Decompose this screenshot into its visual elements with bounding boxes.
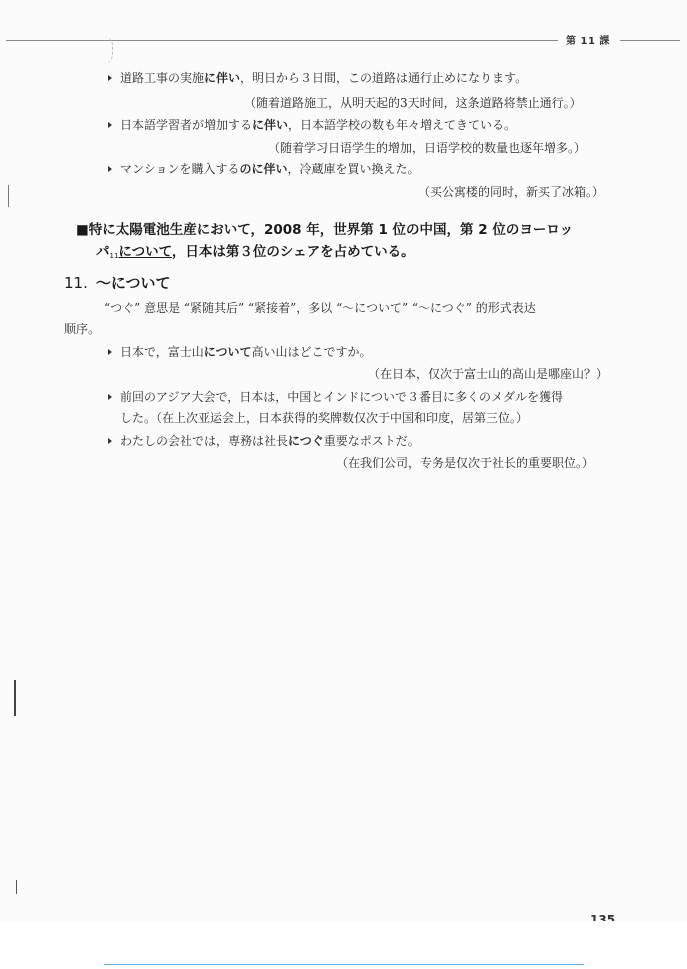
example-translation: （在日本，仅次于富士山的高山是哪座山？） — [368, 366, 608, 382]
bullet-icon — [108, 75, 112, 81]
scan-artifact — [14, 680, 16, 716]
example-translation: （随着学习日语学生的增加，日语学校的数量也逐年增多。） — [268, 140, 586, 156]
bullet-icon — [108, 349, 112, 355]
header-rule — [6, 40, 558, 41]
example-sentence: 道路工事の実施に伴い，明日から３日間，この道路は通行止めになります。 — [108, 70, 527, 86]
bullet-icon — [108, 394, 112, 400]
key-sentence-line1: ■特に太陽電池生産において，2008 年，世界第 1 位の中国，第 2 位のヨー… — [76, 219, 573, 241]
explanation-text-cont: 顺序。 — [64, 319, 100, 339]
example-translation: （在我们公司，专务是仅次于社长的重要职位。） — [336, 455, 594, 471]
page-number: 135 — [590, 913, 615, 921]
example-sentence-cont: した。（在上次亚运会上，日本获得的奖牌数仅次于中国和印度，居第三位。） — [120, 410, 528, 426]
scan-artifact — [16, 880, 17, 894]
example-sentence: マンションを購入するのに伴い，冷蔵庫を買い換えた。 — [108, 161, 420, 177]
bullet-icon — [108, 438, 112, 444]
pencil-mark — [100, 36, 113, 64]
example-sentence: 日本で，富士山について高い山はどこですか。 — [108, 344, 372, 360]
bullet-icon — [108, 166, 112, 172]
chapter-label: 第 11 課 — [566, 32, 610, 47]
example-translation: （随着道路施工，从明天起的3天时间，这条道路将禁止通行。） — [244, 95, 582, 111]
scan-artifact — [8, 185, 9, 207]
example-sentence: 日本語学習者が増加するに伴い，日本語学校の数も年々増えてきている。 — [108, 117, 516, 133]
target-grammar: について — [118, 244, 171, 260]
header-rule-right — [620, 40, 680, 41]
section-title: 11.～について — [64, 272, 171, 293]
example-translation: （买公寓楼的同时，新买了冰箱。） — [418, 184, 604, 200]
key-sentence-line2: パ11について，日本は第３位のシェアを占めている。 — [96, 241, 415, 267]
bullet-icon — [108, 122, 112, 128]
page-bottom-blank — [98, 922, 687, 969]
explanation-text: “つぐ” 意思是 “紧随其后” “紧接着”，多以 “～について” “～につぐ” … — [104, 298, 536, 318]
example-sentence: 前回のアジア大会で，日本は，中国とインドについで３番目に多くのメダルを獲得 — [108, 389, 563, 405]
bottom-rule — [104, 964, 584, 965]
example-sentence: わたしの会社では，専務は社長につぐ重要なポストだ。 — [108, 433, 420, 449]
